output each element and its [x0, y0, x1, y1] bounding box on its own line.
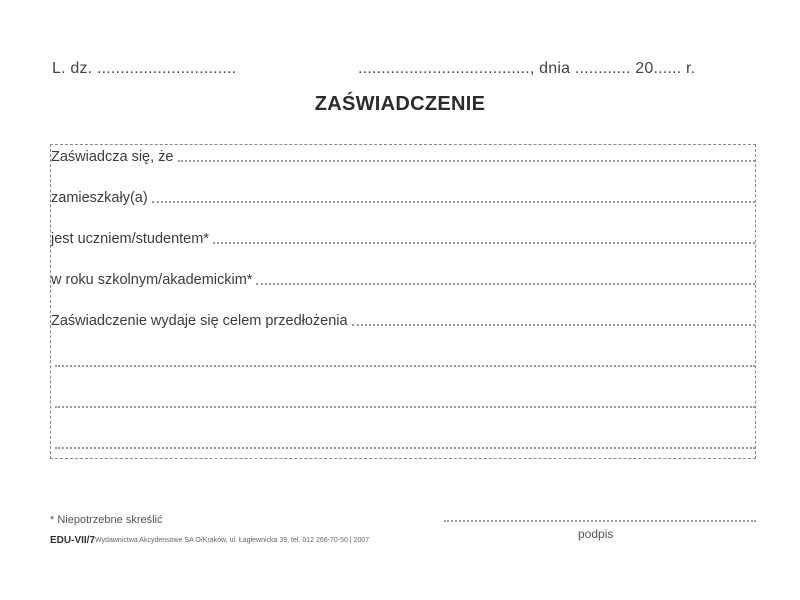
document-title: ZAŚWIADCZENIE [0, 93, 800, 116]
form-row-blank[interactable] [51, 350, 755, 370]
form-row-residence[interactable]: zamieszkały(a) [51, 186, 755, 206]
fill-in-line[interactable] [352, 324, 755, 326]
footnote: * Niepotrzebne skreślić [50, 514, 163, 526]
fill-in-line[interactable] [256, 283, 755, 285]
signature-label: podpis [578, 527, 613, 541]
fill-in-line[interactable] [152, 201, 755, 203]
registry-number-field[interactable]: L. dz. .............................. [52, 60, 236, 78]
publisher-info: Wydawnictwa Akcydensowe SA O/Kraków, ul.… [95, 537, 369, 544]
form-row-blank[interactable] [51, 432, 755, 452]
form-row-certifies[interactable]: Zaświadcza się, że [51, 145, 755, 165]
fill-in-line[interactable] [55, 365, 755, 367]
form-code: EDU-VII/7 [50, 535, 95, 546]
fill-in-line[interactable] [213, 242, 755, 244]
form-row-student[interactable]: jest uczniem/studentem* [51, 227, 755, 247]
form-row-blank[interactable] [51, 391, 755, 411]
form-row-label: Zaświadczenie wydaje się celem przedłoże… [51, 313, 352, 329]
form-row-label: Zaświadcza się, że [51, 149, 178, 165]
form-row-label: jest uczniem/studentem* [51, 231, 213, 247]
fill-in-line[interactable] [55, 447, 755, 449]
form-row-label: w roku szkolnym/akademickim* [51, 272, 256, 288]
place-date-field[interactable]: ....................................., d… [358, 60, 695, 78]
form-row-purpose[interactable]: Zaświadczenie wydaje się celem przedłoże… [51, 309, 755, 329]
signature-line[interactable] [444, 520, 756, 522]
fill-in-line[interactable] [178, 160, 756, 162]
form-row-label: zamieszkały(a) [51, 190, 152, 206]
form-row-school-year[interactable]: w roku szkolnym/akademickim* [51, 268, 755, 288]
fill-in-line[interactable] [55, 406, 755, 408]
certificate-form-box: Zaświadcza się, że zamieszkały(a) jest u… [50, 144, 756, 459]
